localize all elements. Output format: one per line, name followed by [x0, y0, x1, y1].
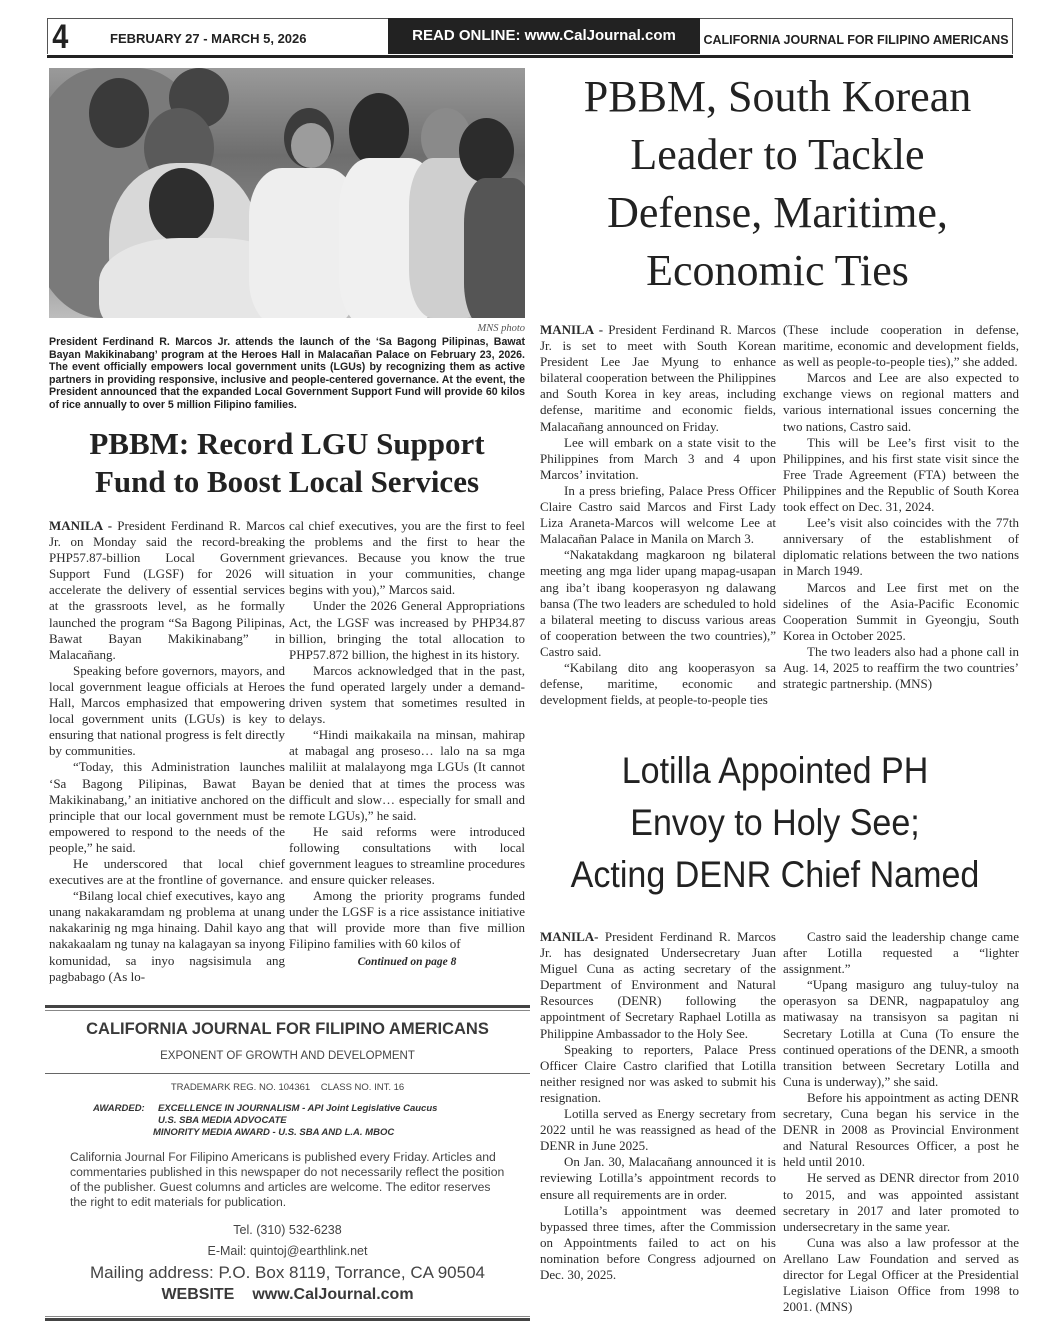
article-paragraph: “Kabilang dito ang kooperasyon sa defens…: [540, 660, 776, 708]
article-paragraph: He said reforms were introduced followin…: [289, 824, 525, 888]
headline-lotilla-article: Lotilla Appointed PH Envoy to Holy See; …: [554, 745, 996, 901]
award-item: EXCELLENCE IN JOURNALISM - API Joint Leg…: [158, 1103, 437, 1115]
divider: [45, 1005, 530, 1008]
article-paragraph: Speaking before governors, mayors, and l…: [49, 663, 285, 760]
headline-line: Lotilla Appointed PH: [554, 745, 996, 797]
publisher-name: CALIFORNIA JOURNAL FOR FILIPINO AMERICAN…: [45, 1020, 530, 1039]
page-number: 4: [48, 19, 91, 54]
article-paragraph: Under the 2026 General Appropriations Ac…: [289, 598, 525, 662]
article-paragraph: MANILA- President Ferdinand R. Marcos Jr…: [540, 929, 776, 1042]
divider: [45, 1318, 530, 1321]
article-paragraph: Lee will embark on a state visit to the …: [540, 435, 776, 483]
article-paragraph: “Today, this Administration launches ‘Sa…: [49, 759, 285, 856]
article-paragraph: MANILA - President Ferdinand R. Marcos J…: [49, 518, 285, 663]
publisher-phone: Tel. (310) 532-6238: [45, 1223, 530, 1237]
publisher-description: California Journal For Filipino American…: [70, 1150, 510, 1210]
article-paragraph: (These include cooperation in defense, m…: [783, 322, 1019, 370]
headline-line: Envoy to Holy See;: [554, 797, 996, 849]
article-paragraph: “Bilang local chief executives, kayo ang…: [49, 888, 285, 985]
photo-caption: President Ferdinand R. Marcos Jr. attend…: [49, 336, 525, 411]
headline-line: Leader to Tackle: [540, 126, 1015, 184]
article-paragraph: Marcos and Lee are also expected to exch…: [783, 370, 1019, 434]
publisher-mailing-address: Mailing address: P.O. Box 8119, Torrance…: [45, 1263, 530, 1283]
divider: [45, 1316, 530, 1317]
article-paragraph: He underscored that local chief executiv…: [49, 856, 285, 888]
headline-line: PBBM: Record LGU Support: [49, 425, 525, 463]
award-item: MINORITY MEDIA AWARD - U.S. SBA AND L.A.…: [93, 1127, 513, 1139]
headline-korea-article: PBBM, South Korean Leader to Tackle Defe…: [540, 68, 1015, 300]
article-paragraph: This will be Lee’s first visit to the Ph…: [783, 435, 1019, 515]
article-paragraph: Marcos acknowledged that in the past, th…: [289, 663, 525, 727]
website-label: WEBSITE: [161, 1286, 234, 1303]
lotilla-article-column-2: Castro said the leadership change came a…: [783, 929, 1019, 1315]
article-paragraph: Lotilla’s appointment was deemed bypasse…: [540, 1203, 776, 1283]
dateline: MANILA -: [540, 322, 608, 337]
article-paragraph: Lotilla served as Energy secretary from …: [540, 1106, 776, 1154]
publisher-website: WEBSITEwww.CalJournal.com: [45, 1286, 530, 1304]
issue-date: FEBRUARY 27 - MARCH 5, 2026: [98, 19, 388, 54]
headline-line: Fund to Boost Local Services: [49, 463, 525, 501]
read-online-banner: READ ONLINE: www.CalJournal.com: [388, 18, 700, 54]
website-link[interactable]: www.CalJournal.com: [252, 1286, 413, 1303]
article-paragraph: Castro said the leadership change came a…: [783, 929, 1019, 977]
article-paragraph: The two leaders also had a phone call in…: [783, 644, 1019, 692]
news-photo: [49, 68, 525, 318]
headline-line: Economic Ties: [540, 242, 1015, 300]
dateline: MANILA -: [49, 518, 117, 533]
divider: [45, 1010, 530, 1011]
article-paragraph: He served as DENR director from 2010 to …: [783, 1170, 1019, 1234]
awards-label: AWARDED:: [93, 1103, 158, 1115]
headline-lgu-article: PBBM: Record LGU Support Fund to Boost L…: [49, 425, 525, 501]
article-paragraph: “Upang masiguro ang tuluy-tuloy na opera…: [783, 977, 1019, 1090]
headline-line: Defense, Maritime,: [540, 184, 1015, 242]
article-paragraph: Among the priority programs funded under…: [289, 888, 525, 952]
lgu-article-column-2: cal chief executives, you are the first …: [289, 518, 525, 970]
article-paragraph: “Nakatakdang magkaroon ng bilateral meet…: [540, 547, 776, 660]
divider: [45, 1073, 530, 1074]
publisher-box: CALIFORNIA JOURNAL FOR FILIPINO AMERICAN…: [45, 1005, 530, 1330]
article-paragraph: Cuna was also a law professor at the Are…: [783, 1235, 1019, 1315]
korea-article-column-1: MANILA - President Ferdinand R. Marcos J…: [540, 322, 776, 708]
article-paragraph: Lee’s visit also coincides with the 77th…: [783, 515, 1019, 579]
article-paragraph: “Hindi maikakaila na minsan, mahirap at …: [289, 727, 525, 824]
article-paragraph: Marcos and Lee first met on the sideline…: [783, 580, 1019, 644]
photo-credit: MNS photo: [49, 323, 525, 334]
korea-article-column-2: (These include cooperation in defense, m…: [783, 322, 1019, 692]
article-paragraph: In a press briefing, Palace Press Office…: [540, 483, 776, 547]
article-paragraph: Before his appointment as acting DENR se…: [783, 1090, 1019, 1170]
paper-name: CALIFORNIA JOURNAL FOR FILIPINO AMERICAN…: [700, 19, 1012, 54]
award-item: U.S. SBA MEDIA ADVOCATE: [93, 1115, 513, 1127]
masthead: 4 FEBRUARY 27 - MARCH 5, 2026 READ ONLIN…: [47, 18, 1013, 54]
continued-link[interactable]: Continued on page 8: [289, 954, 525, 970]
article-paragraph: cal chief executives, you are the first …: [289, 518, 525, 598]
lgu-article-column-1: MANILA - President Ferdinand R. Marcos J…: [49, 518, 285, 985]
article-paragraph: On Jan. 30, Malacañang announced it is r…: [540, 1154, 776, 1202]
lotilla-article-column-1: MANILA- President Ferdinand R. Marcos Jr…: [540, 929, 776, 1283]
masthead-rule: [47, 55, 1013, 58]
article-paragraph: MANILA - President Ferdinand R. Marcos J…: [540, 322, 776, 435]
headline-line: PBBM, South Korean: [540, 68, 1015, 126]
awards-list: AWARDED: EXCELLENCE IN JOURNALISM - API …: [93, 1103, 513, 1139]
article-paragraph: Speaking to reporters, Palace Press Offi…: [540, 1042, 776, 1106]
publisher-email[interactable]: E-Mail: quintoj@earthlink.net: [45, 1244, 530, 1258]
trademark-info: TRADEMARK REG. NO. 104361 CLASS NO. INT.…: [45, 1082, 530, 1093]
headline-line: Acting DENR Chief Named: [554, 849, 996, 901]
publisher-tagline: EXPONENT OF GROWTH AND DEVELOPMENT: [45, 1050, 530, 1062]
dateline: MANILA-: [540, 929, 605, 944]
